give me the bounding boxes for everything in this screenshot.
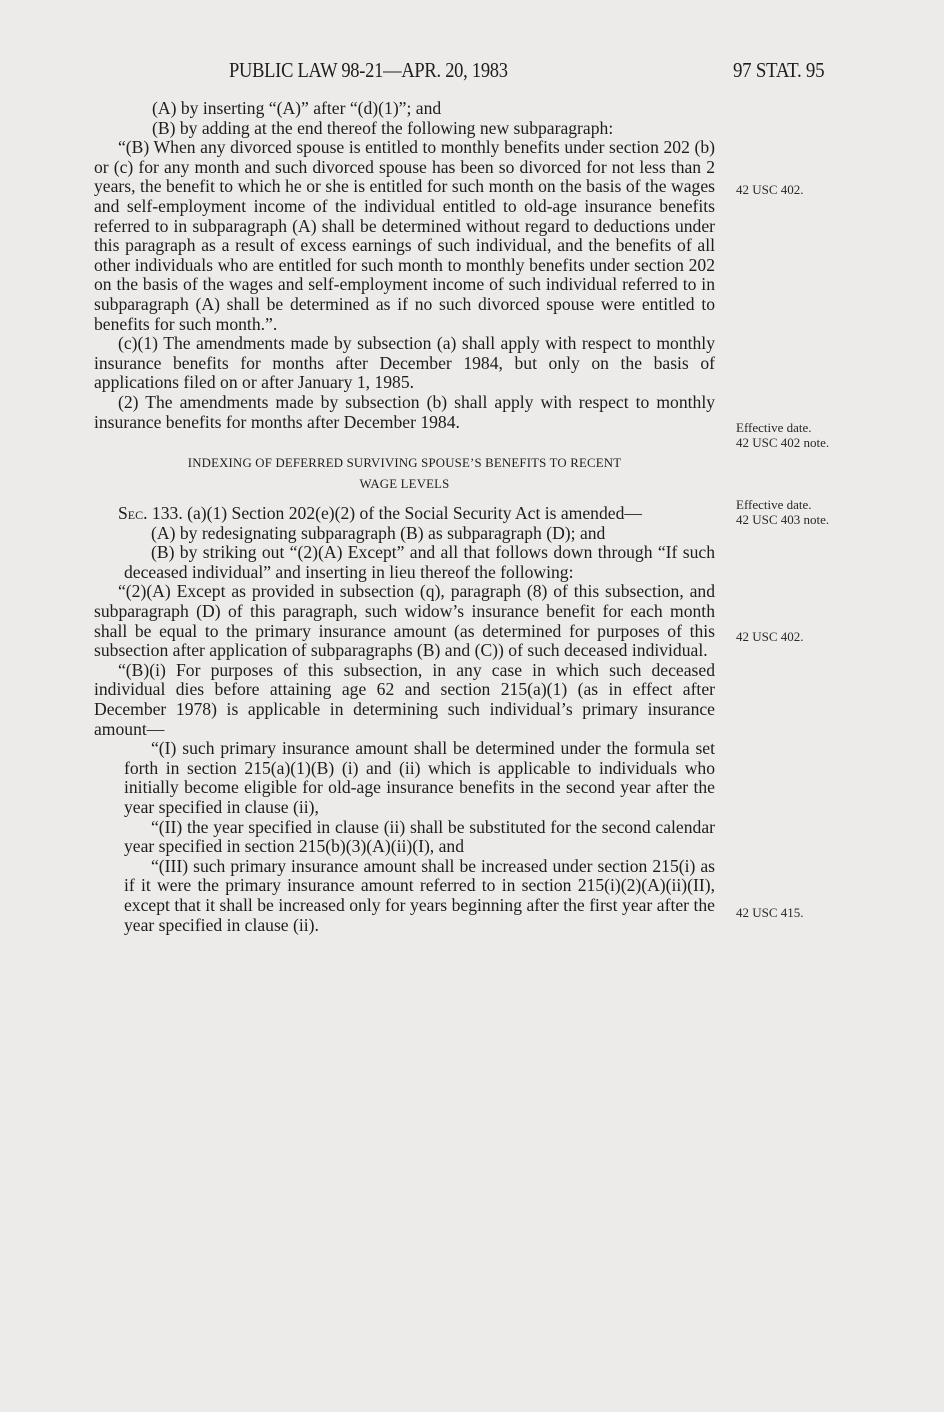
margin-note-effective-date-2: Effective date. 42 USC 403 note. — [736, 497, 829, 527]
document-body: (A) by inserting “(A)” after “(d)(1)”; a… — [94, 99, 715, 935]
paragraph-c2: (2) The amendments made by subsection (b… — [94, 393, 715, 432]
margin-note-citation: 42 USC 403 note. — [736, 512, 829, 527]
document-page: PUBLIC LAW 98-21—APR. 20, 1983 97 STAT. … — [0, 0, 944, 1412]
paragraph-b: (B) by adding at the end thereof the fol… — [94, 119, 715, 139]
section-133-a: (A) by redesignating subparagraph (B) as… — [94, 524, 715, 544]
section-heading-line2: WAGE LEVELS — [94, 474, 715, 495]
statute-page-number: 97 STAT. 95 — [733, 58, 824, 83]
section-heading-line1: INDEXING OF DEFERRED SURVIVING SPOUSE’S … — [94, 453, 715, 474]
clause-I: “(I) such primary insurance amount shall… — [94, 739, 715, 817]
clause-II: “(II) the year specified in clause (ii) … — [94, 818, 715, 857]
section-133-intro: Sec. 133. (a)(1) Section 202(e)(2) of th… — [94, 504, 715, 524]
section-133-b: (B) by striking out “(2)(A) Except” and … — [94, 543, 715, 582]
margin-note-label: Effective date. — [736, 497, 829, 512]
quoted-paragraph-bi: “(B)(i) For purposes of this subsection,… — [94, 661, 715, 739]
paragraph-a: (A) by inserting “(A)” after “(d)(1)”; a… — [94, 99, 715, 119]
section-heading: INDEXING OF DEFERRED SURVIVING SPOUSE’S … — [94, 453, 715, 495]
quoted-subparagraph-b: “(B) When any divorced spouse is entitle… — [94, 138, 715, 334]
margin-note-42-usc-402: 42 USC 402. — [736, 182, 804, 197]
margin-note-citation: 42 USC 402 note. — [736, 435, 829, 450]
quoted-paragraph-2a: “(2)(A) Except as provided in subsection… — [94, 582, 715, 660]
margin-note-label: Effective date. — [736, 420, 829, 435]
running-header-title: PUBLIC LAW 98-21—APR. 20, 1983 — [229, 58, 508, 83]
section-133-text: 133. (a)(1) Section 202(e)(2) of the Soc… — [148, 503, 642, 523]
clause-III: “(III) such primary insurance amount sha… — [94, 857, 715, 935]
paragraph-c1: (c)(1) The amendments made by subsection… — [94, 334, 715, 393]
margin-note-42-usc-415: 42 USC 415. — [736, 905, 804, 920]
margin-note-effective-date-1: Effective date. 42 USC 402 note. — [736, 420, 829, 450]
margin-note-42-usc-402-sec133: 42 USC 402. — [736, 629, 804, 644]
section-label: Sec. — [118, 503, 148, 523]
